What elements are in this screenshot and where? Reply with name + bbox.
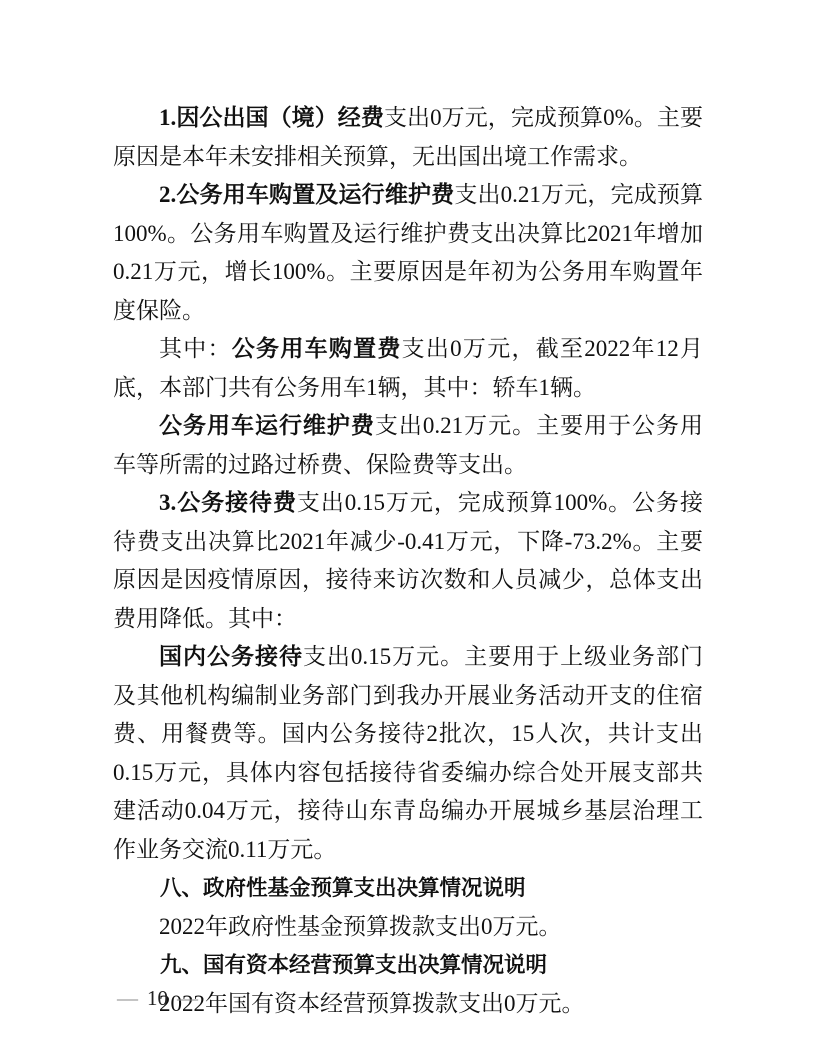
- text-segment: 2.公务用车购置及运行维护费: [159, 182, 454, 207]
- para-5-official-reception-expense: 3.公务接待费支出0.15万元，完成预算100%。公务接待费支出决算比2021年…: [113, 484, 703, 638]
- text-segment: 九、国有资本经营预算支出决算情况说明: [160, 953, 547, 977]
- text-segment: 1.因公出国（境）经费: [159, 105, 384, 130]
- text-segment: 公务用车购置费: [232, 336, 402, 361]
- text-segment: 3.公务接待费: [159, 490, 297, 515]
- heading-8-government-fund-budget: 八、政府性基金预算支出决算情况说明: [113, 869, 703, 908]
- text-segment: 2022年国有资本经营预算拨款支出0万元。: [159, 991, 585, 1016]
- para-4-vehicle-maintenance-expense: 公务用车运行维护费支出0.21万元。主要用于公务用车等所需的过路过桥费、保险费等…: [113, 407, 703, 484]
- para-1-outbound-travel-expense: 1.因公出国（境）经费支出0万元，完成预算0%。主要原因是本年未安排相关预算，无…: [113, 99, 703, 176]
- page-number: 10: [147, 986, 168, 1010]
- para-2-official-vehicle-expense: 2.公务用车购置及运行维护费支出0.21万元，完成预算100%。公务用车购置及运…: [113, 176, 703, 330]
- text-segment: 支出0.15万元。主要用于上级业务部门及其他机构编制业务部门到我办开展业务活动开…: [113, 644, 703, 862]
- para-8-state-capital-expense: 2022年国有资本经营预算拨款支出0万元。: [113, 985, 703, 1024]
- document-body: 1.因公出国（境）经费支出0万元，完成预算0%。主要原因是本年未安排相关预算，无…: [113, 99, 703, 1023]
- para-3-vehicle-purchase-expense: 其中：公务用车购置费支出0万元，截至2022年12月底，本部门共有公务用车1辆，…: [113, 330, 703, 407]
- page-number-dash-left: —: [117, 986, 138, 1010]
- text-segment: 八、政府性基金预算支出决算情况说明: [160, 876, 526, 900]
- document-page: 1.因公出国（境）经费支出0万元，完成预算0%。主要原因是本年未安排相关预算，无…: [0, 0, 815, 1055]
- page-number-dash-right: —: [177, 986, 198, 1010]
- heading-9-state-capital-budget: 九、国有资本经营预算支出决算情况说明: [113, 946, 703, 985]
- para-6-domestic-reception: 国内公务接待支出0.15万元。主要用于上级业务部门及其他机构编制业务部门到我办开…: [113, 638, 703, 869]
- text-segment: 公务用车运行维护费: [159, 413, 375, 438]
- para-7-government-fund-expense: 2022年政府性基金预算拨款支出0万元。: [113, 908, 703, 947]
- text-segment: 国内公务接待: [159, 644, 303, 669]
- page-footer: —10—: [117, 986, 198, 1010]
- text-segment: 其中：: [159, 336, 232, 361]
- text-segment: 2022年政府性基金预算拨款支出0万元。: [159, 914, 562, 939]
